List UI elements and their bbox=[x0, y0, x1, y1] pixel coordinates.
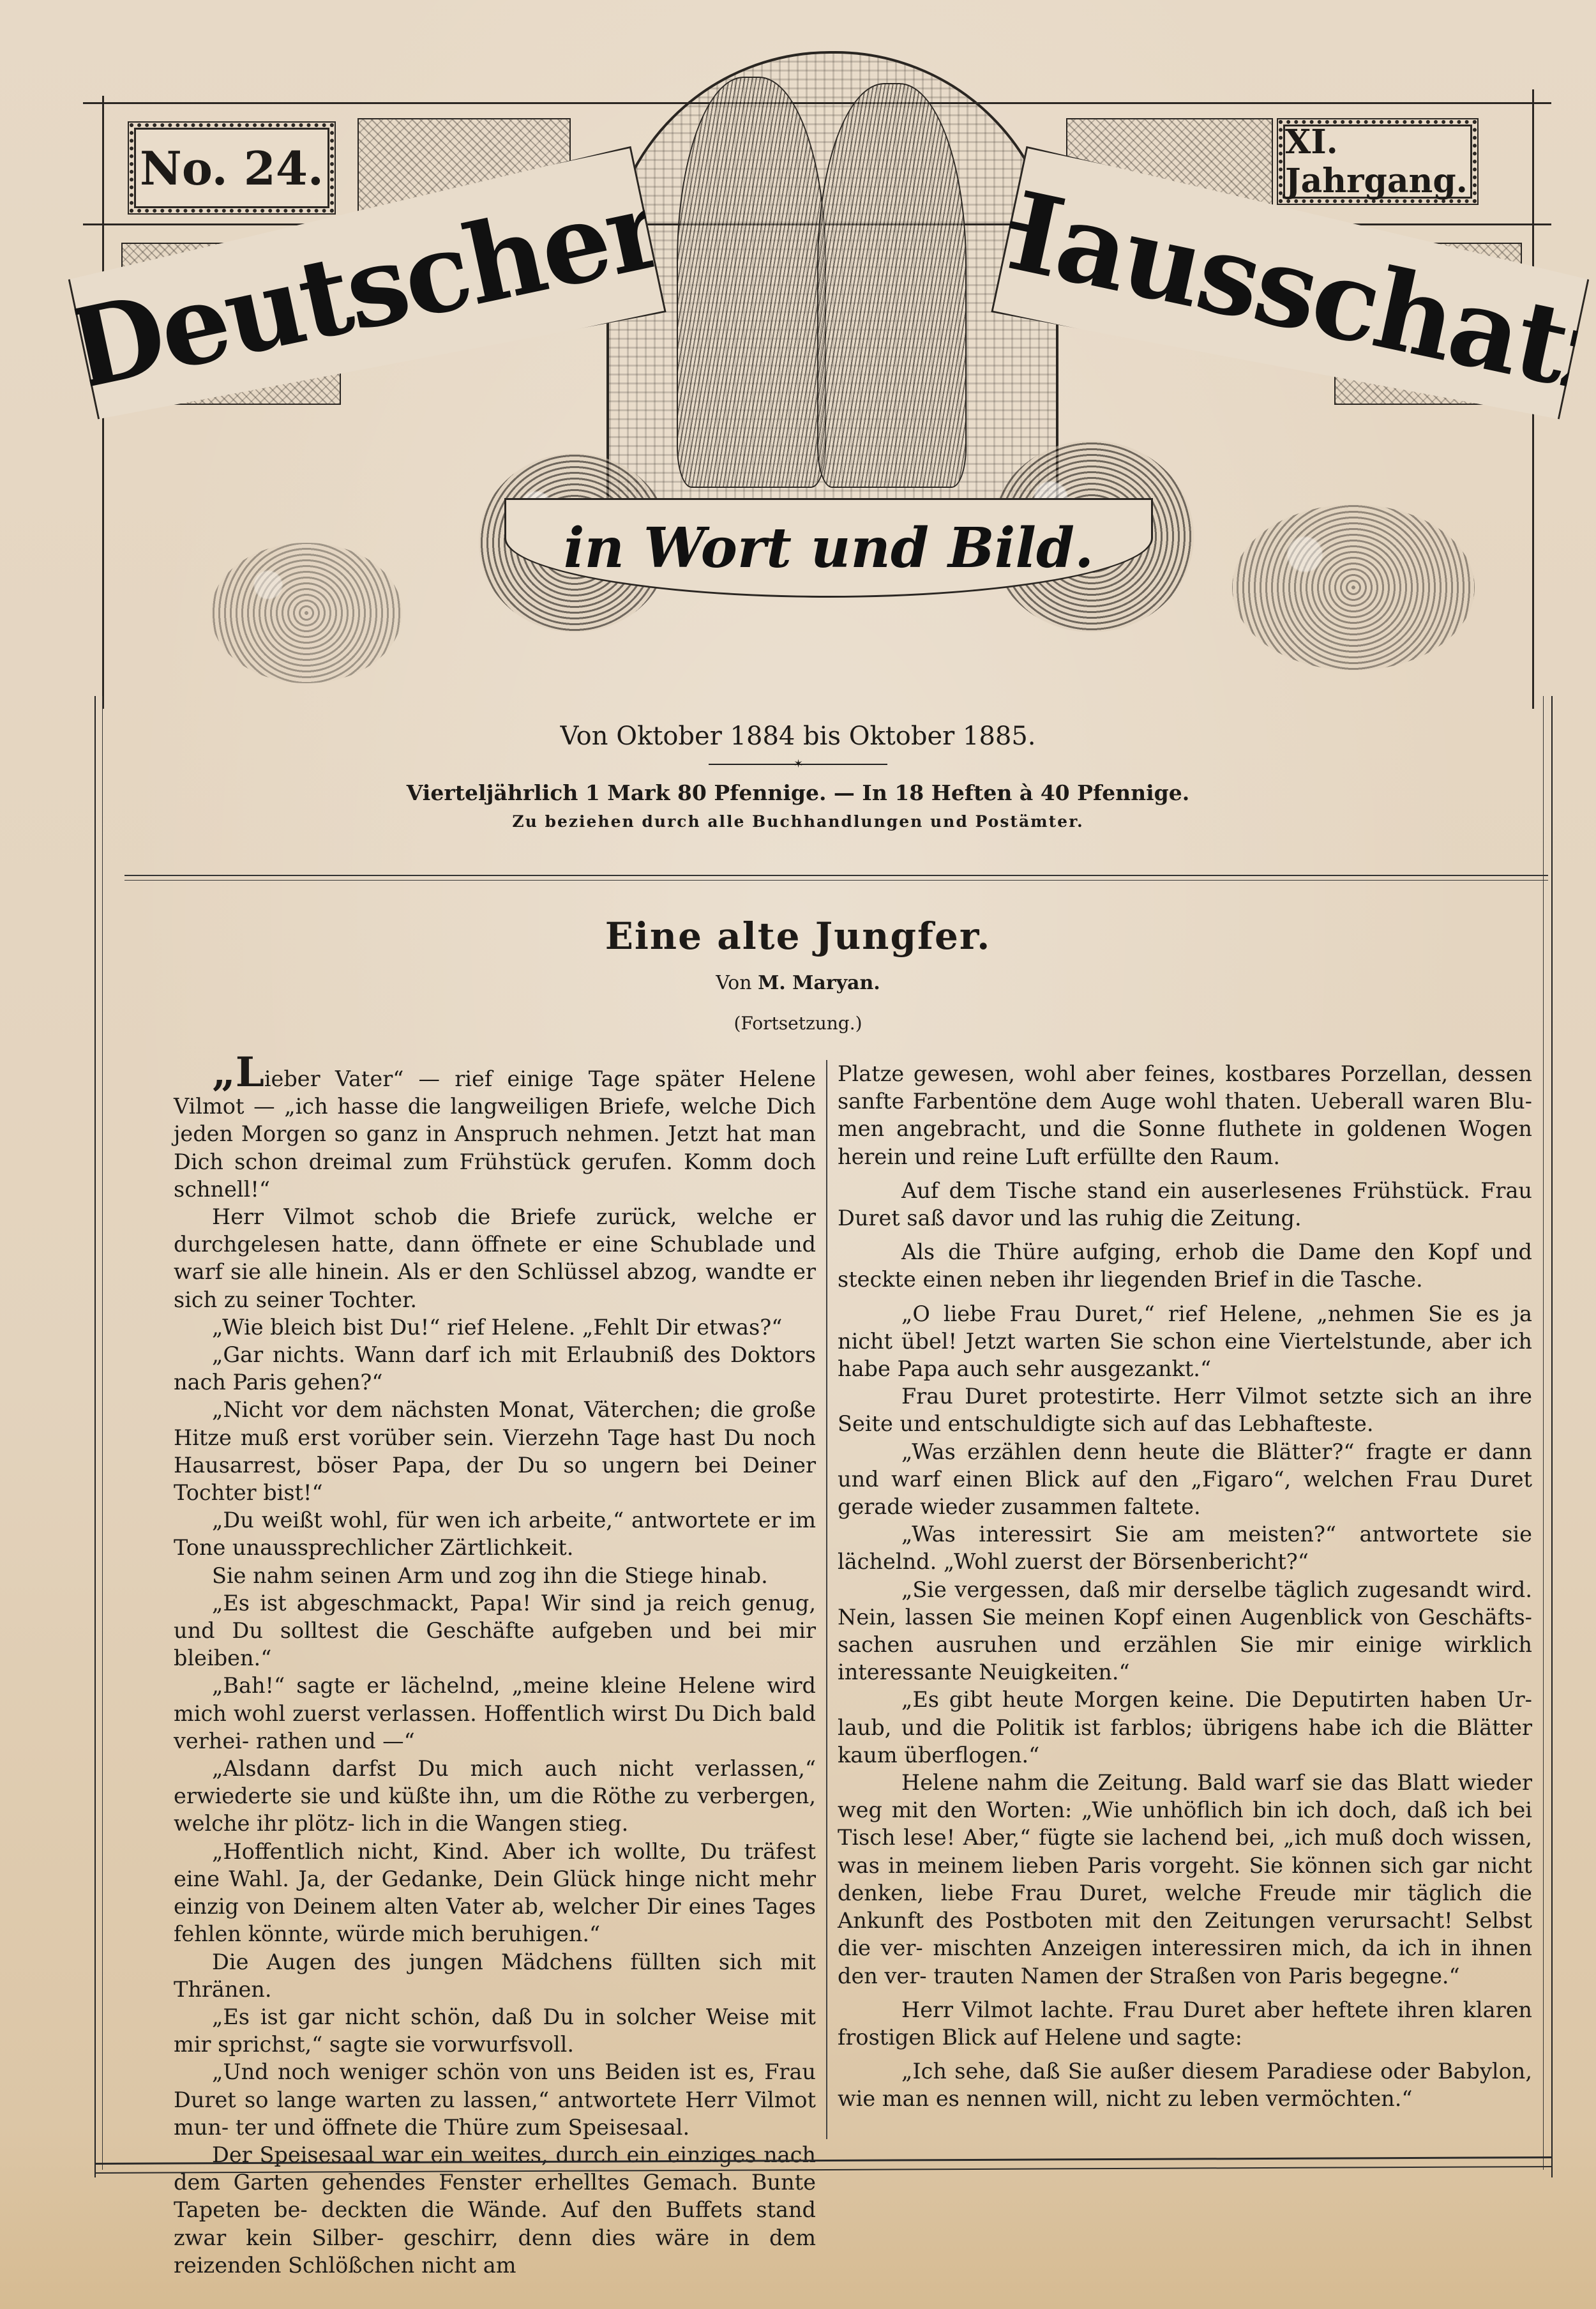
article-title: Eine alte Jungfer. bbox=[0, 914, 1596, 958]
paragraph: „Nicht vor dem nächsten Monat, Väterchen… bbox=[174, 1396, 816, 1506]
article-column-left: „Lieber Vater“ — rief einige Tage später… bbox=[174, 1060, 816, 2279]
subscription-price: Vierteljährlich 1 Mark 80 Pfennige. — In… bbox=[0, 780, 1596, 805]
paragraph: „Lieber Vater“ — rief einige Tage später… bbox=[174, 1060, 816, 1203]
paragraph: „Bah!“ sagte er lächelnd, „meine kleine … bbox=[174, 1672, 816, 1755]
muse-figure-painting bbox=[817, 83, 967, 488]
drop-cap: „L bbox=[212, 1049, 264, 1096]
masthead: No. 24. XI. Jahrgang. Deutscher Hausscha… bbox=[83, 57, 1551, 696]
paragraph: „Was interessirt Sie am meisten?“ antwor… bbox=[838, 1520, 1532, 1575]
paragraph: Herr Vilmot lachte. Frau Duret aber heft… bbox=[838, 1996, 1532, 2051]
volume-label: XI. Jahrgang. bbox=[1285, 123, 1470, 201]
star-icon: ✶ bbox=[794, 757, 803, 771]
header-double-rule bbox=[124, 875, 1548, 881]
paragraph: Sie nahm seinen Arm und zog ihn die Stie… bbox=[174, 1562, 816, 1589]
volume-box: XI. Jahrgang. bbox=[1283, 125, 1472, 199]
paragraph: Frau Duret protestirte. Herr Vilmot setz… bbox=[838, 1382, 1532, 1437]
article-column-right: Platze gewesen, wohl aber feines, kostba… bbox=[838, 1060, 1532, 2113]
paragraph: Als die Thüre aufging, erhob die Dame de… bbox=[838, 1238, 1532, 1293]
issue-label: No. bbox=[140, 141, 228, 195]
paragraph: „Es ist gar nicht schön, daß Du in solch… bbox=[174, 2003, 816, 2058]
paragraph: „Wie bleich bist Du!“ rief Helene. „Fehl… bbox=[174, 1313, 816, 1341]
paragraph: Helene nahm die Zeitung. Bald warf sie d… bbox=[838, 1769, 1532, 1990]
byline-prefix: Von bbox=[716, 972, 751, 994]
paragraph: Auf dem Tische stand ein auserlesenes Fr… bbox=[838, 1177, 1532, 1232]
publication-period: Von Oktober 1884 bis Oktober 1885. bbox=[0, 722, 1596, 751]
paragraph: Herr Vilmot schob die Briefe zurück, wel… bbox=[174, 1203, 816, 1313]
paragraph: „Sie vergessen, daß mir derselbe täglich… bbox=[838, 1576, 1532, 1686]
paragraph: „O liebe Frau Duret,“ rief Helene, „nehm… bbox=[838, 1300, 1532, 1383]
paragraph: Platze gewesen, wohl aber feines, kostba… bbox=[838, 1060, 1532, 1170]
article-byline: Von M. Maryan. bbox=[0, 972, 1596, 994]
masthead-subtitle: in Wort und Bild. bbox=[564, 516, 1094, 580]
author-name: M. Maryan. bbox=[758, 972, 880, 994]
paragraph: „Alsdann darfst Du mich auch nicht verla… bbox=[174, 1755, 816, 1838]
paragraph: „Es ist abgeschmackt, Papa! Wir sind ja … bbox=[174, 1589, 816, 1672]
paragraph: „Was erzählen denn heute die Blätter?“ f… bbox=[838, 1438, 1532, 1521]
paragraph: „Und noch weniger schön von uns Beiden i… bbox=[174, 2058, 816, 2141]
continuation-note: (Fortsetzung.) bbox=[0, 1013, 1596, 1034]
flower-garland-far-right bbox=[1232, 504, 1475, 670]
issue-number: 24. bbox=[244, 141, 324, 195]
paragraph: „Du weißt wohl, für wen ich arbeite,“ an… bbox=[174, 1506, 816, 1561]
paragraph: „Ich sehe, daß Sie außer diesem Paradies… bbox=[838, 2057, 1532, 2112]
availability-note: Zu beziehen durch alle Buchhandlungen un… bbox=[0, 812, 1596, 831]
paragraph: „Hoffentlich nicht, Kind. Aber ich wollt… bbox=[174, 1838, 816, 1948]
issue-number-box: No. 24. bbox=[134, 128, 329, 208]
star-divider: ✶ bbox=[709, 764, 887, 765]
paragraph: Die Augen des jungen Mädchens füllten si… bbox=[174, 1948, 816, 2003]
flower-garland-far-left bbox=[211, 543, 402, 683]
muse-figure-writing bbox=[677, 77, 826, 488]
paragraph: „Es gibt heute Morgen keine. Die Deputir… bbox=[838, 1686, 1532, 1769]
column-divider bbox=[826, 1060, 827, 2139]
paragraph: „Gar nichts. Wann darf ich mit Erlaubniß… bbox=[174, 1341, 816, 1396]
